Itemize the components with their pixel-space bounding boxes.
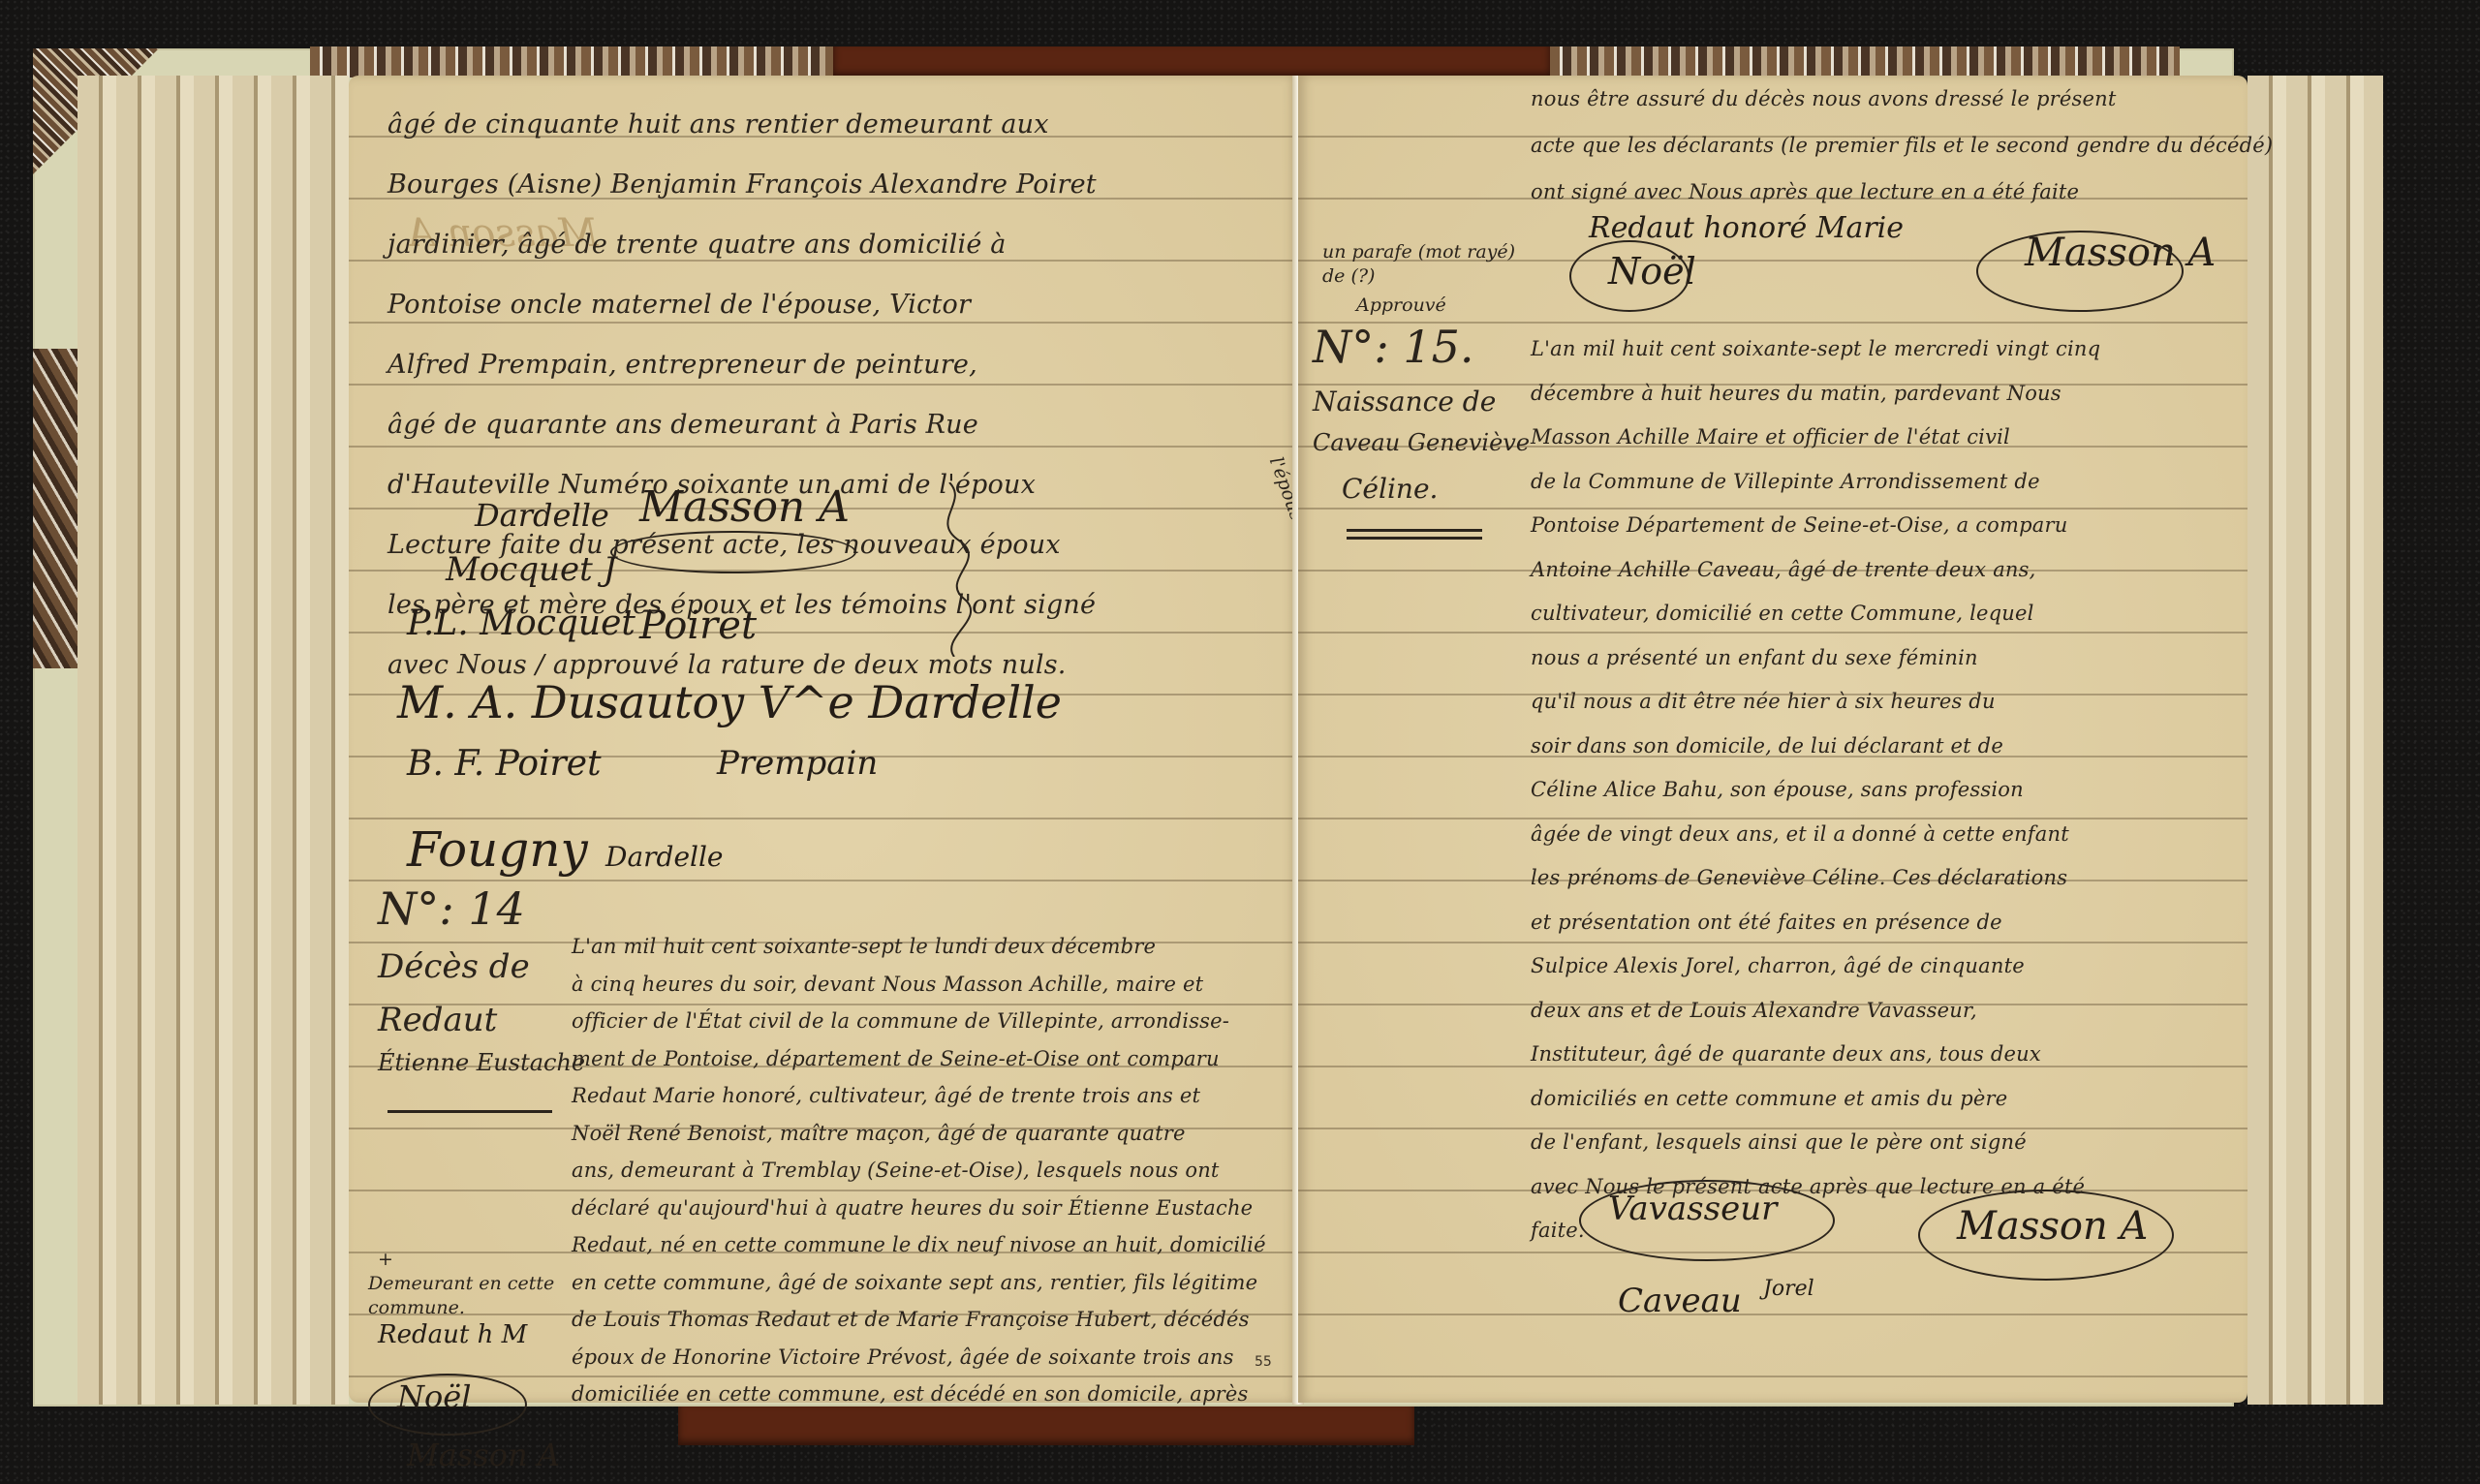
margin-note: Approuvé xyxy=(1356,294,1446,317)
text-line: Noël René Benoist, maître maçon, âgé de … xyxy=(572,1115,1266,1153)
act-14-continuation: nous être assuré du décès nous avons dre… xyxy=(1531,76,2273,215)
text-line: ont signé avec Nous après que lecture en… xyxy=(1531,169,2273,215)
text-line: domiciliée en cette commune, est décédé … xyxy=(572,1376,1266,1413)
page-stack-left xyxy=(77,76,349,1405)
act-number: N°: 15. xyxy=(1313,318,1474,376)
act-title-line: Décès de xyxy=(378,938,530,996)
signature: Masson A xyxy=(639,482,850,532)
signature: Jorel xyxy=(1763,1277,1814,1301)
text-line: ment de Pontoise, département de Seine-e… xyxy=(572,1040,1266,1078)
margin-note: de (?) xyxy=(1322,264,1375,288)
text-line: Redaut, né en cette commune le dix neuf … xyxy=(572,1226,1266,1264)
text-line: Sulpice Alexis Jorel, charron, âgé de ci… xyxy=(1531,944,2100,989)
marbled-edge-top-left xyxy=(310,46,833,77)
signature-flourish xyxy=(1569,240,1689,312)
text-line: cultivateur, domicilié en cette Commune,… xyxy=(1531,592,2100,636)
signature-flourish xyxy=(1918,1190,2174,1281)
divider-rule xyxy=(387,1110,552,1113)
signature-flourish xyxy=(610,531,856,573)
text-line: âgé de cinquante huit ans rentier demeur… xyxy=(387,95,1097,155)
text-line: officier de l'État civil de la commune d… xyxy=(572,1003,1266,1040)
text-line: de la Commune de Villepinte Arrondisseme… xyxy=(1531,460,2100,505)
text-line: Pontoise Département de Seine-et-Oise, a… xyxy=(1531,504,2100,548)
right-page: nous être assuré du décès nous avons dre… xyxy=(1298,76,2247,1403)
act-15-body: L'an mil huit cent soixante-sept le merc… xyxy=(1531,327,2100,1253)
text-line: décembre à huit heures du matin, pardeva… xyxy=(1531,372,2100,417)
act-14-body: L'an mil huit cent soixante-sept le lund… xyxy=(572,928,1266,1413)
text-line: L'an mil huit cent soixante-sept le lund… xyxy=(572,928,1266,966)
margin-note: Demeurant en cette xyxy=(368,1272,554,1295)
text-line: L'an mil huit cent soixante-sept le merc… xyxy=(1531,327,2100,372)
signature: Caveau xyxy=(1618,1282,1742,1320)
margin-note: commune. xyxy=(368,1296,465,1319)
signature-flourish xyxy=(1579,1180,1835,1261)
text-line: acte que les déclarants (le premier fils… xyxy=(1531,122,2273,169)
signature-flourish xyxy=(1976,231,2184,312)
divider-double-rule xyxy=(1347,529,1482,532)
act-title-line: Naissance de xyxy=(1313,386,1496,417)
signature: M. A. Dusautoy V^e Dardelle xyxy=(397,676,1062,728)
divider-double-rule xyxy=(1347,537,1482,540)
text-line: époux de Honorine Victoire Prévost, âgée… xyxy=(572,1339,1266,1376)
text-line: soir dans son domicile, de lui déclarant… xyxy=(1531,725,2100,769)
act-title-line: Caveau Geneviève xyxy=(1313,429,1530,456)
page-number: 55 xyxy=(1255,1354,1272,1370)
signature: B. F. Poiret xyxy=(407,744,602,784)
text-line: âgée de vingt deux ans, et il a donné à … xyxy=(1531,813,2100,857)
signature: Dardelle xyxy=(605,841,724,873)
margin-signature: Masson A xyxy=(407,1437,560,1473)
text-line: deux ans et de Louis Alexandre Vavasseur… xyxy=(1531,989,2100,1034)
margin-note: un parafe (mot rayé) xyxy=(1322,240,1515,263)
text-line: nous être assuré du décès nous avons dre… xyxy=(1531,76,2273,122)
text-line: Pontoise oncle maternel de l'épouse, Vic… xyxy=(387,275,1097,335)
page-stack-right xyxy=(2247,76,2383,1405)
text-line: Céline Alice Bahu, son épouse, sans prof… xyxy=(1531,768,2100,813)
text-line: ans, demeurant à Tremblay (Seine-et-Oise… xyxy=(572,1152,1266,1190)
text-line: jardinier, âgé de trente quatre ans domi… xyxy=(387,215,1097,275)
text-line: les prénoms de Geneviève Céline. Ces déc… xyxy=(1531,856,2100,901)
text-line: nous a présenté un enfant du sexe fémini… xyxy=(1531,636,2100,681)
text-line: Antoine Achille Caveau, âgé de trente de… xyxy=(1531,548,2100,593)
text-line: de Louis Thomas Redaut et de Marie Franç… xyxy=(572,1301,1266,1339)
text-line: et présentation ont été faites en présen… xyxy=(1531,901,2100,945)
signature: Poiret xyxy=(639,603,757,648)
text-line: Bourges (Aisne) Benjamin François Alexan… xyxy=(387,155,1097,215)
marbled-edge-top-right xyxy=(1550,46,2180,77)
text-line: Masson Achille Maire et officier de l'ét… xyxy=(1531,416,2100,460)
text-line: qu'il nous a dit être née hier à six heu… xyxy=(1531,680,2100,725)
signature: Fougny xyxy=(407,821,588,878)
leather-spine-top xyxy=(833,46,1550,77)
text-line: Redaut Marie honoré, cultivateur, âgé de… xyxy=(572,1077,1266,1115)
text-line: à cinq heures du soir, devant Nous Masso… xyxy=(572,966,1266,1004)
signature: P.L. Mocquet xyxy=(407,603,635,643)
left-page: Masson A âgé de cinquante huit ans renti… xyxy=(349,76,1298,1403)
cancellation-squiggle xyxy=(930,482,988,657)
text-line: domiciliés en cette commune et amis du p… xyxy=(1531,1077,2100,1122)
text-line: de l'enfant, lesquels ainsi que le père … xyxy=(1531,1121,2100,1165)
text-line: déclaré qu'aujourd'hui à quatre heures d… xyxy=(572,1190,1266,1227)
margin-signature: Redaut h M xyxy=(378,1320,527,1349)
text-line: Instituteur, âgé de quarante deux ans, t… xyxy=(1531,1033,2100,1077)
signature-flourish xyxy=(368,1374,527,1436)
text-line: en cette commune, âgé de soixante sept a… xyxy=(572,1264,1266,1302)
text-line: Alfred Prempain, entrepreneur de peintur… xyxy=(387,335,1097,395)
signature: Prempain xyxy=(717,744,878,783)
text-line: âgé de quarante ans demeurant à Paris Ru… xyxy=(387,395,1097,455)
signature: Mocquet J xyxy=(446,550,616,589)
act-title-line: Étienne Eustache xyxy=(378,1049,585,1076)
act-title-line: Céline. xyxy=(1342,473,1438,505)
act-title-line: Redaut xyxy=(378,991,497,1049)
act-number: N°: 14 xyxy=(378,880,525,938)
margin-note-plus: + xyxy=(378,1248,393,1271)
signature: Dardelle xyxy=(475,497,609,534)
